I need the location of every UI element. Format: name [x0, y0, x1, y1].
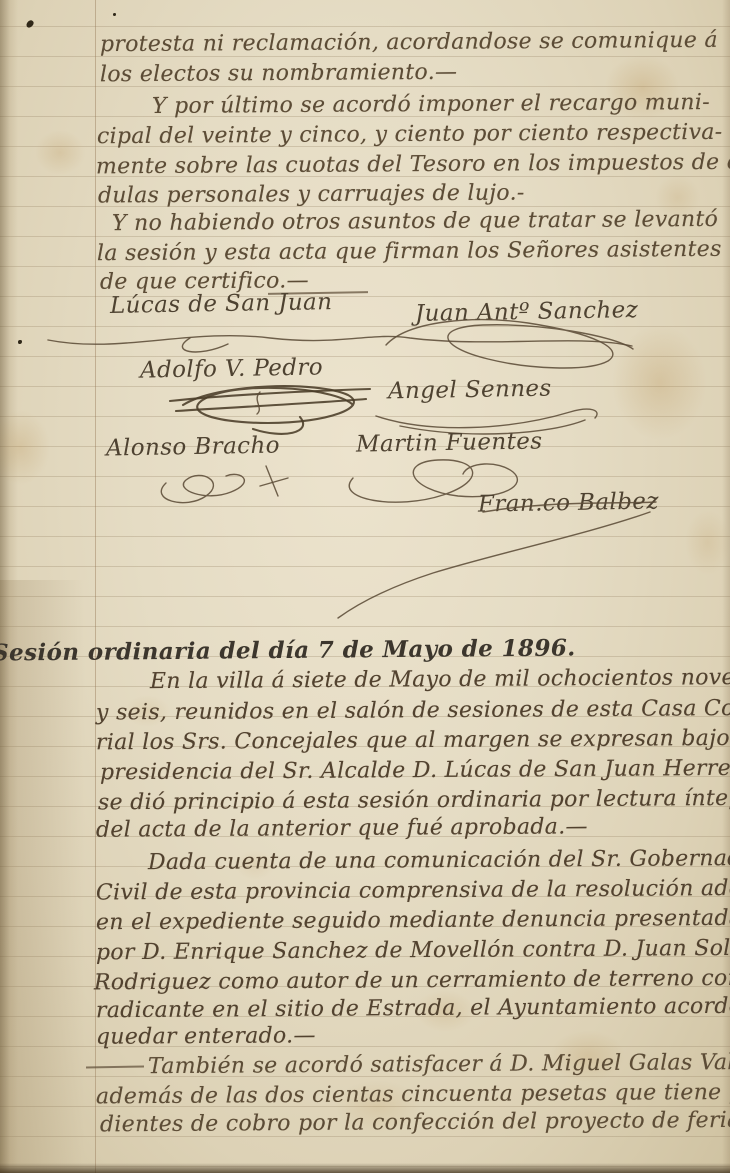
text-line: cipal del veinte y cinco, y ciento por c… [97, 120, 723, 149]
text-line: radicante en el sitio de Estrada, el Ayu… [96, 994, 730, 1024]
text-line: rial los Srs. Concejales que al margen s… [96, 726, 730, 756]
ink-speck [18, 340, 22, 344]
manuscript-page: protesta ni reclamación, acordandose se … [0, 0, 730, 1173]
signature-rubric [328, 498, 663, 623]
section-heading: Sesión ordinaria del día 7 de Mayo de 18… [0, 634, 576, 666]
lead-in-dash [86, 1065, 144, 1068]
text-line: por D. Enrique Sanchez de Movellón contr… [96, 936, 730, 966]
text-line: protesta ni reclamación, acordandose se … [100, 28, 718, 57]
text-line: en el expediente seguido mediante denunc… [96, 906, 730, 936]
text-line: dulas personales y carruajes de lujo.- [98, 181, 525, 209]
signature-name: Lúcas de San Juan [110, 289, 333, 319]
text-line: además de las dos cientas cincuenta pese… [96, 1080, 730, 1110]
ink-speck [113, 13, 116, 16]
text-line: se dió principio á esta sesión ordinaria… [98, 786, 730, 816]
signature-rubric [146, 458, 321, 513]
text-line: Dada cuenta de una comunicación del Sr. … [148, 846, 730, 875]
text-line: la sesión y esta acta que firman los Señ… [97, 237, 722, 266]
signature-rubric [378, 315, 640, 373]
page-edge-left [0, 0, 18, 1173]
text-line: los electos su nombramiento.— [100, 60, 457, 87]
page-edge-bottom [0, 1163, 730, 1173]
foxing-stain [35, 130, 85, 175]
text-line: Rodriguez como autor de un cerramiento d… [94, 966, 730, 996]
text-line: Civil de esta provincia comprensiva de l… [96, 876, 730, 906]
text-line: presidencia del Sr. Alcalde D. Lúcas de … [100, 756, 730, 786]
text-line: dientes de cobro por la confección del p… [100, 1108, 730, 1138]
text-line: Y por último se acordó imponer el recarg… [152, 90, 710, 119]
text-line: Y no habiendo otros asuntos de que trata… [112, 207, 718, 236]
text-line: También se acordó satisfacer á D. Miguel… [148, 1050, 730, 1079]
text-line: y seis, reunidos en el salón de sesiones… [96, 696, 730, 726]
text-line: mente sobre las cuotas del Tesoro en los… [96, 150, 730, 180]
text-line: del acta de la anterior que fué aprobada… [96, 814, 588, 842]
text-line: En la villa á siete de Mayo de mil ochoc… [150, 665, 730, 694]
pen-mark [248, 388, 274, 418]
text-line: quedar enterado.— [96, 1023, 316, 1050]
ink-speck [25, 19, 35, 29]
